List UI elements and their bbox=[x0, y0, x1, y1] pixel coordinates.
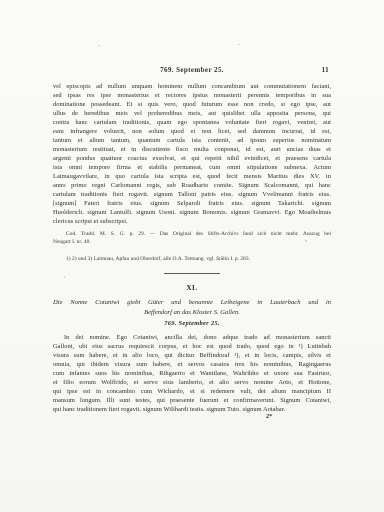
text-line: vel episcopis ad nullum unquam hominem n… bbox=[53, 82, 331, 91]
charter-xi-body-text: In dei nomine. Ego Cotaniwi, ancilla dei… bbox=[53, 333, 331, 414]
text-line: Huolderich. signum Lantulfi. signum Uson… bbox=[53, 208, 331, 217]
text-line: clericus scripsi et subscripsi. bbox=[53, 217, 331, 226]
scanned-book-page: 769. September 25. 11 vel episcopis ad n… bbox=[0, 0, 384, 512]
text-line: Laimaugavvilare, in quo cartula ista scr… bbox=[53, 172, 331, 181]
text-line: In dei nomine. Ego Cotaniwi, ancilla dei… bbox=[53, 333, 331, 342]
page-number: 11 bbox=[322, 66, 329, 74]
text-line: cartulam traditionis fieri rogavit. sign… bbox=[53, 190, 331, 199]
text-line: visura sum habere, et in alio loco, qui … bbox=[53, 351, 331, 360]
running-header-date: 769. September 25. bbox=[160, 66, 224, 74]
text-line: contra hanc cartulam traditionis, quam e… bbox=[53, 118, 331, 127]
text-line: cum infantes suos his nominibus, Rihgaer… bbox=[53, 369, 331, 378]
text-line: dominatione possedeant. Et si quis vero,… bbox=[53, 100, 331, 109]
charter-x-footnote-source: Cod. Tradd. M. S. G. p. 29. — Das Origin… bbox=[53, 230, 331, 246]
scan-speck bbox=[238, 44, 240, 45]
text-line: sed ipsas res ipse monasterius et rector… bbox=[53, 91, 331, 100]
text-line: Galloni, ubi eius sacrus requiescit corp… bbox=[53, 342, 331, 351]
text-line: ullus de heredibus meis vel proheredibus… bbox=[53, 109, 331, 118]
text-line: monasterium restituat, et in discutiente… bbox=[53, 145, 331, 154]
scan-speck bbox=[98, 45, 100, 46]
scan-speck bbox=[64, 276, 65, 278]
text-line: Neugart I. nr. 48. bbox=[53, 238, 331, 246]
charter-x-footnote-places: 1) 2) und 3) Laimnau, Apfau und Oberdorf… bbox=[53, 255, 331, 263]
text-line: [signum] Fateri fratris eius. signum Sel… bbox=[53, 199, 331, 208]
section-divider-rule bbox=[164, 273, 220, 274]
text-line: Die Nonne Cotaniwi giebt Güter und benan… bbox=[53, 298, 331, 308]
charter-xi-title: Die Nonne Cotaniwi giebt Güter und benan… bbox=[53, 298, 331, 317]
text-line: eam infrangere voluerit, non solum quod … bbox=[53, 127, 331, 136]
running-header: 769. September 25. 11 bbox=[53, 66, 331, 74]
charter-x-body-text: vel episcopis ad nullum unquam hominem n… bbox=[53, 82, 331, 226]
text-line: argenti pondus quattuor coactus exsolvat… bbox=[53, 154, 331, 163]
charter-xi-number: XI. bbox=[53, 284, 331, 292]
printer-signature-mark: 2* bbox=[266, 413, 272, 420]
text-line: et filio eorum Wolffrido, et servo eius … bbox=[53, 378, 331, 387]
text-line: omnia, qui ibidem visura sum habere, et … bbox=[53, 360, 331, 369]
text-line: 1) 2) und 3) Laimnau, Apfau und Oberdorf… bbox=[53, 255, 331, 263]
text-line: anno primo regni Carlomanni regis, sub R… bbox=[53, 181, 331, 190]
text-line: ista omni tempore firma et stabilis perm… bbox=[53, 163, 331, 172]
text-line: tantum et alium tantum, quantum cartula … bbox=[53, 136, 331, 145]
charter-xi-date: 769. September 25. bbox=[53, 320, 331, 327]
text-line: Cod. Tradd. M. S. G. p. 29. — Das Origin… bbox=[53, 230, 331, 238]
text-line: Beffendorf an das Kloster S. Gallen. bbox=[53, 308, 331, 318]
text-line: qui ipse est in concambio cum Wichardo, … bbox=[53, 387, 331, 396]
text-line: qui hanc traditionem fieri rogavit. sign… bbox=[53, 405, 331, 414]
text-line: mansum longum. Illi sunt testes, qui pra… bbox=[53, 396, 331, 405]
